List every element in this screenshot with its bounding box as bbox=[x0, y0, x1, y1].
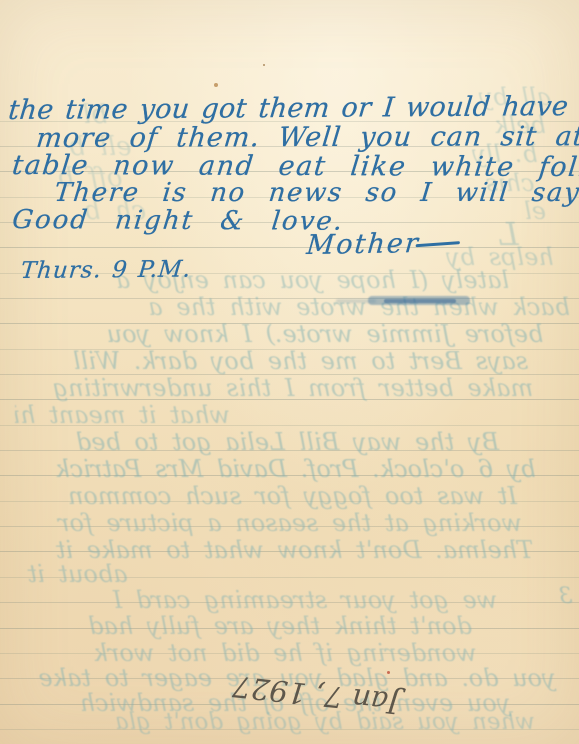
paper-speck bbox=[387, 671, 390, 674]
letter-page: all byblbelkell bb. llyoff bchisch belLh… bbox=[0, 0, 579, 744]
paper-specks-layer bbox=[0, 0, 579, 744]
paper-speck bbox=[263, 64, 265, 66]
paper-speck bbox=[297, 190, 299, 192]
paper-speck bbox=[214, 83, 218, 87]
